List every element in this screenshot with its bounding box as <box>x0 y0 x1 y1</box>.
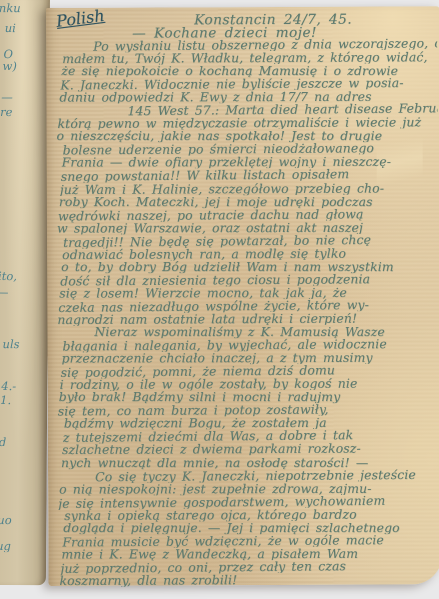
scanned-letter-viewport: nkuuiOw)—reito,—uls4.-1.duoug Polish Kon… <box>0 0 439 599</box>
letter-line: o to, by dobry Bóg udzielił Wam i nam ws… <box>61 260 438 273</box>
letter-body: Po wysłaniu listu obszernego z dnia wczo… <box>59 37 439 587</box>
letter-line: nagrodzi nam ostatnie lata udręki i cier… <box>57 311 438 326</box>
margin-ink-fragment: uls <box>3 339 20 350</box>
underlying-page-edge: nkuuiOw)—reito,—uls4.-1.duoug <box>0 0 50 585</box>
letter-line: wędrówki naszej, po utracie dachu nad gł… <box>58 206 438 222</box>
letter-line: szlachetne dzieci z dwiema parkami rozko… <box>62 442 439 457</box>
letter-line: małem tu, Twój K. Władku, telegram, z kt… <box>62 50 437 65</box>
letter-line: dogląda i pielęgnuje. — Jej i pamięci sz… <box>63 521 439 534</box>
margin-ink-fragment: ug <box>0 541 11 552</box>
letter-line: synka i opieką starego ojca, którego bar… <box>64 507 439 522</box>
margin-ink-fragment: 4.- <box>1 381 16 392</box>
margin-ink-fragment: nku <box>0 3 21 14</box>
letter-line: odnawiać bolesnych ran, a modlę się tylk… <box>62 246 438 261</box>
margin-ink-fragment: 1. <box>0 395 11 406</box>
margin-ink-fragment: — <box>1 92 13 103</box>
letter-line: już Wam i K. Halinie, szczegółowo przebi… <box>60 181 438 196</box>
letter-page: Polish Konstancin 24/7, 45. — Kochane dz… <box>46 6 439 586</box>
margin-ink-fragment: — <box>0 287 8 298</box>
margin-ink-fragment: re <box>0 107 12 118</box>
margin-ink-fragment: ito, <box>0 271 17 282</box>
margin-ink-fragment: ui <box>5 23 16 34</box>
letter-line: koszmarny, dla nas zrobili! <box>59 572 439 587</box>
letter-line: roby Koch. Mateczki, jej i moje udręki p… <box>59 195 438 208</box>
language-annotation: Polish <box>55 6 106 31</box>
margin-ink-fragment: O <box>4 49 14 60</box>
margin-ink-fragment: d <box>0 437 6 448</box>
margin-ink-fragment: uo <box>0 515 12 526</box>
letter-line: i rodziny, o ile w ogóle zostały, by kog… <box>60 376 439 391</box>
letter-line: nych wnucząt dla mnie, na osłodę starośc… <box>61 456 439 469</box>
margin-ink-fragment: w) <box>2 61 16 72</box>
letter-line: Co się tyczy K. Janeczki, niepotrzebnie … <box>61 467 439 483</box>
